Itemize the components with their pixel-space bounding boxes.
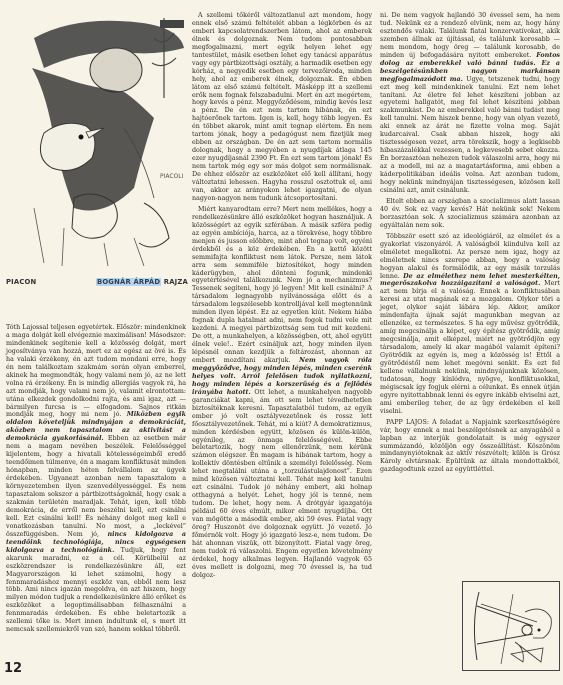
paragraph: Tóth Lajossal teljesen egyetértek. Elősz… — [6, 324, 186, 634]
caption-artist-highlight: BOGNÁR ÁRPÁD — [96, 278, 161, 286]
caption-suffix: RAJZA — [164, 278, 188, 286]
paragraph: Eltelt ebben az országban a szocializmus… — [380, 198, 560, 230]
market-illustration: PIACOLI — [4, 8, 188, 268]
paragraph: A szellemi tőkéről változatlanul azt mon… — [192, 12, 372, 203]
magazine-page: PIACOLI PIACON BOGNÁR ÁRPÁD RAJZA Tóth L… — [0, 0, 563, 685]
illustration-signature: PIACOLI — [160, 173, 184, 180]
speaker-name: PAPP LAJOS: — [386, 419, 429, 426]
caption-title: PIACON — [6, 278, 36, 286]
paragraph: Többször esett szó az ideológiáról, az e… — [380, 233, 560, 416]
text-column-2: A szellemi tőkéről változatlanul azt mon… — [192, 12, 372, 580]
paragraph: ni. De nem vagyok hajlandó 30 évessel se… — [380, 12, 560, 195]
caption-credit: BOGNÁR ÁRPÁD RAJZA — [96, 278, 188, 286]
abstract-diagram — [462, 581, 560, 671]
page-number: 12 — [4, 661, 22, 676]
text-column-1: Tóth Lajossal teljesen egyetértek. Elősz… — [6, 324, 186, 634]
text-column-3: ni. De nem vagyok hajlandó 30 évessel se… — [380, 12, 560, 474]
paragraph: Miért kanyarodtam erre? Mert nem melléke… — [192, 206, 372, 580]
paragraph: PAPP LAJOS: A feladat a Napjaink szerkes… — [380, 419, 560, 475]
